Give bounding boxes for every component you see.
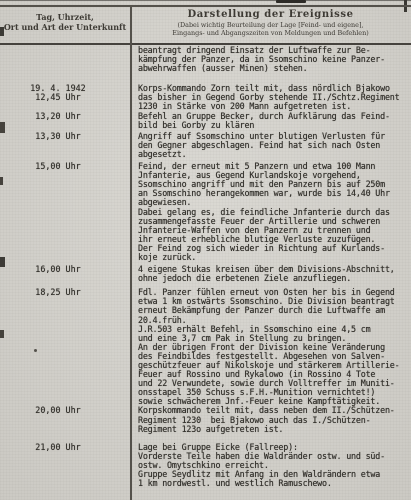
log-entry: 21,00 Uhr Lage bei Gruppe Eicke (Fallree… <box>0 443 411 488</box>
column-header-events-title: Darstellung der Ereignisse <box>132 9 409 20</box>
war-diary-page: Tag, Uhrzeit, Ort und Art der Unterkunft… <box>0 0 411 500</box>
log-entry: 13,20 Uhr Befehl an Gruppe Becker, durch… <box>0 112 411 130</box>
entries: beantragt dringend Einsatz der Luftwaffe… <box>0 46 411 488</box>
log-entry: 16,00 Uhr 4 eigene Stukas kreisen über d… <box>0 265 411 283</box>
table-border-top <box>0 5 411 7</box>
entry-time: 20,00 Uhr <box>0 406 130 415</box>
column-header-events: Darstellung der Ereignisse (Dabei wichti… <box>132 9 409 37</box>
entry-text: Feind, der erneut mit 5 Panzern und etwa… <box>138 162 408 262</box>
column-header-time-line1: Tag, Uhrzeit, <box>0 12 130 22</box>
log-entry: 15,00 Uhr Feind, der erneut mit 5 Panzer… <box>0 162 411 262</box>
entry-time: 18,25 Uhr <box>0 288 130 297</box>
log-entry: 13,30 Uhr Angriff auf Ssomschino unter b… <box>0 132 411 159</box>
entry-text: Befehl an Gruppe Becker, durch Aufklärun… <box>138 112 408 130</box>
log-entry: 19. 4. 194212,45 Uhr Korps-Kommando Zorn… <box>0 84 411 111</box>
log-entry: 20,00 Uhr Korpskommando teilt mit, dass … <box>0 406 411 433</box>
entry-text: Angriff auf Ssomschino unter blutigen Ve… <box>138 132 408 159</box>
entry-time: 15,00 Uhr <box>0 162 130 171</box>
entry-text: Korpskommando teilt mit, dass neben dem … <box>138 406 408 433</box>
log-entry: 18,25 Uhr Fdl. Panzer fühlen erneut von … <box>0 288 411 406</box>
entry-text: beantragt dringend Einsatz der Luftwaffe… <box>138 46 408 73</box>
entry-time: 13,20 Uhr <box>0 112 130 121</box>
log-entry: beantragt dringend Einsatz der Luftwaffe… <box>0 46 411 73</box>
entry-text: Lage bei Gruppe Eicke (Fallreep):Vorders… <box>138 443 408 488</box>
column-header-events-subtitle-line2: Eingangs- und Abgangszeiten von Meldunge… <box>132 30 409 38</box>
entry-text: 4 eigene Stukas kreisen über dem Divisio… <box>138 265 408 283</box>
entry-time: 21,00 Uhr <box>0 443 130 452</box>
entry-text: Fdl. Panzer fühlen erneut von Osten her … <box>138 288 408 406</box>
column-header-time-line2: Ort und Art der Unterkunft <box>0 22 130 32</box>
film-blot-artifact <box>276 0 306 3</box>
entry-time: 19. 4. 194212,45 Uhr <box>0 84 130 102</box>
entry-time: 16,00 Uhr <box>0 265 130 274</box>
entry-time: 13,30 Uhr <box>0 132 130 141</box>
entry-text: Korps-Kommando Zorn teilt mit, dass nörd… <box>138 84 408 111</box>
column-header-time: Tag, Uhrzeit, Ort und Art der Unterkunft <box>0 12 130 32</box>
film-edge-artifact <box>0 0 411 1</box>
